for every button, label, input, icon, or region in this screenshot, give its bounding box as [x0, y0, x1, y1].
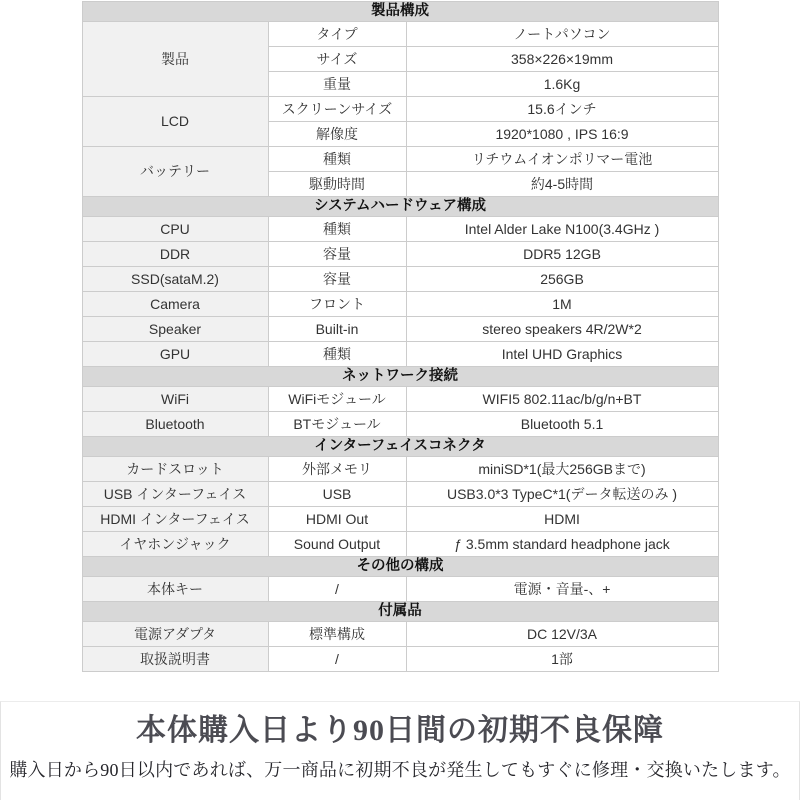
spec-value-cell: miniSD*1(最大256GBまで): [406, 457, 718, 482]
spec-label-cell: バッテリー: [82, 147, 268, 197]
spec-subkey-cell: 外部メモリ: [268, 457, 406, 482]
spec-value-cell: 1M: [406, 292, 718, 317]
spec-subkey-cell: WiFiモジュール: [268, 387, 406, 412]
spec-label-cell: 本体キー: [82, 577, 268, 602]
spec-subkey-cell: 種類: [268, 342, 406, 367]
section-header-cell: 付属品: [82, 602, 718, 622]
spec-label-cell: イヤホンジャック: [82, 532, 268, 557]
spec-row: 本体キー/電源・音量-、+: [82, 577, 718, 602]
spec-value-cell: USB3.0*3 TypeC*1(データ転送のみ ): [406, 482, 718, 507]
spec-subkey-cell: 容量: [268, 242, 406, 267]
spec-subkey-cell: 標準構成: [268, 622, 406, 647]
spec-value-cell: WIFI5 802.11ac/b/g/n+BT: [406, 387, 718, 412]
spec-value-cell: 256GB: [406, 267, 718, 292]
spec-subkey-cell: 種類: [268, 147, 406, 172]
spec-subkey-cell: サイズ: [268, 47, 406, 72]
spec-row: DDR容量DDR5 12GB: [82, 242, 718, 267]
spec-label-cell: 製品: [82, 22, 268, 97]
spec-row: バッテリー種類リチウムイオンポリマー電池: [82, 147, 718, 172]
spec-label-cell: CPU: [82, 217, 268, 242]
spec-value-cell: stereo speakers 4R/2W*2: [406, 317, 718, 342]
spec-label-cell: USB インターフェイス: [82, 482, 268, 507]
spec-value-cell: 約4-5時間: [406, 172, 718, 197]
spec-label-cell: DDR: [82, 242, 268, 267]
spec-subkey-cell: BTモジュール: [268, 412, 406, 437]
spec-subkey-cell: Built-in: [268, 317, 406, 342]
spec-row: 製品タイプノートパソコン: [82, 22, 718, 47]
spec-value-cell: Intel UHD Graphics: [406, 342, 718, 367]
spec-row: 取扱説明書/1部: [82, 647, 718, 672]
warranty-banner: 本体購入日より90日間の初期不良保障 購入日から90日以内であれば、万一商品に初…: [0, 701, 800, 800]
spec-value-cell: 1920*1080 , IPS 16:9: [406, 122, 718, 147]
spec-row: LCDスクリーンサイズ15.6インチ: [82, 97, 718, 122]
spec-subkey-cell: HDMI Out: [268, 507, 406, 532]
spec-value-cell: Bluetooth 5.1: [406, 412, 718, 437]
spec-subkey-cell: スクリーンサイズ: [268, 97, 406, 122]
spec-subkey-cell: フロント: [268, 292, 406, 317]
spec-value-cell: DC 12V/3A: [406, 622, 718, 647]
section-header-row: その他の構成: [82, 557, 718, 577]
spec-value-cell: Intel Alder Lake N100(3.4GHz ): [406, 217, 718, 242]
section-header-cell: システムハードウェア構成: [82, 197, 718, 217]
section-header-row: システムハードウェア構成: [82, 197, 718, 217]
spec-row: WiFiWiFiモジュールWIFI5 802.11ac/b/g/n+BT: [82, 387, 718, 412]
warranty-title: 本体購入日より90日間の初期不良保障: [1, 711, 799, 752]
spec-label-cell: LCD: [82, 97, 268, 147]
section-header-cell: インターフェイスコネクタ: [82, 437, 718, 457]
spec-label-cell: GPU: [82, 342, 268, 367]
spec-value-cell: 1部: [406, 647, 718, 672]
section-header-row: インターフェイスコネクタ: [82, 437, 718, 457]
section-header-row: ネットワーク接続: [82, 367, 718, 387]
spec-value-cell: 1.6Kg: [406, 72, 718, 97]
spec-subkey-cell: 種類: [268, 217, 406, 242]
spec-subkey-cell: 容量: [268, 267, 406, 292]
spec-row: HDMI インターフェイスHDMI OutHDMI: [82, 507, 718, 532]
spec-value-cell: リチウムイオンポリマー電池: [406, 147, 718, 172]
section-header-row: 付属品: [82, 602, 718, 622]
spec-subkey-cell: 重量: [268, 72, 406, 97]
spec-subkey-cell: /: [268, 647, 406, 672]
product-spec-page: 製品構成製品タイプノートパソコンサイズ358×226×19mm重量1.6KgLC…: [0, 1, 800, 800]
section-header-cell: ネットワーク接続: [82, 367, 718, 387]
spec-row: 電源アダプタ標準構成DC 12V/3A: [82, 622, 718, 647]
spec-value-cell: ノートパソコン: [406, 22, 718, 47]
spec-table: 製品構成製品タイプノートパソコンサイズ358×226×19mm重量1.6KgLC…: [82, 1, 719, 672]
spec-row: GPU種類Intel UHD Graphics: [82, 342, 718, 367]
spec-subkey-cell: /: [268, 577, 406, 602]
spec-value-cell: 電源・音量-、+: [406, 577, 718, 602]
spec-row: CPU種類Intel Alder Lake N100(3.4GHz ): [82, 217, 718, 242]
spec-label-cell: SSD(sataM.2): [82, 267, 268, 292]
spec-subkey-cell: Sound Output: [268, 532, 406, 557]
section-header-row: 製品構成: [82, 2, 718, 22]
spec-label-cell: カードスロット: [82, 457, 268, 482]
warranty-subtitle: 購入日から90日以内であれば、万一商品に初期不良が発生してもすぐに修理・交換いた…: [1, 759, 799, 782]
spec-value-cell: 358×226×19mm: [406, 47, 718, 72]
section-header-cell: 製品構成: [82, 2, 718, 22]
spec-row: SpeakerBuilt-instereo speakers 4R/2W*2: [82, 317, 718, 342]
spec-value-cell: 15.6インチ: [406, 97, 718, 122]
section-header-cell: その他の構成: [82, 557, 718, 577]
spec-label-cell: 電源アダプタ: [82, 622, 268, 647]
spec-label-cell: 取扱説明書: [82, 647, 268, 672]
spec-subkey-cell: USB: [268, 482, 406, 507]
spec-subkey-cell: 解像度: [268, 122, 406, 147]
spec-row: イヤホンジャックSound Outputƒ 3.5mm standard hea…: [82, 532, 718, 557]
spec-row: BluetoothBTモジュールBluetooth 5.1: [82, 412, 718, 437]
spec-value-cell: DDR5 12GB: [406, 242, 718, 267]
spec-row: カードスロット外部メモリminiSD*1(最大256GBまで): [82, 457, 718, 482]
spec-label-cell: Bluetooth: [82, 412, 268, 437]
spec-label-cell: Camera: [82, 292, 268, 317]
spec-row: USB インターフェイスUSBUSB3.0*3 TypeC*1(データ転送のみ …: [82, 482, 718, 507]
spec-row: SSD(sataM.2)容量256GB: [82, 267, 718, 292]
spec-label-cell: WiFi: [82, 387, 268, 412]
spec-value-cell: HDMI: [406, 507, 718, 532]
spec-subkey-cell: タイプ: [268, 22, 406, 47]
spec-label-cell: Speaker: [82, 317, 268, 342]
spec-row: Cameraフロント1M: [82, 292, 718, 317]
spec-subkey-cell: 駆動時間: [268, 172, 406, 197]
spec-label-cell: HDMI インターフェイス: [82, 507, 268, 532]
spec-value-cell: ƒ 3.5mm standard headphone jack: [406, 532, 718, 557]
